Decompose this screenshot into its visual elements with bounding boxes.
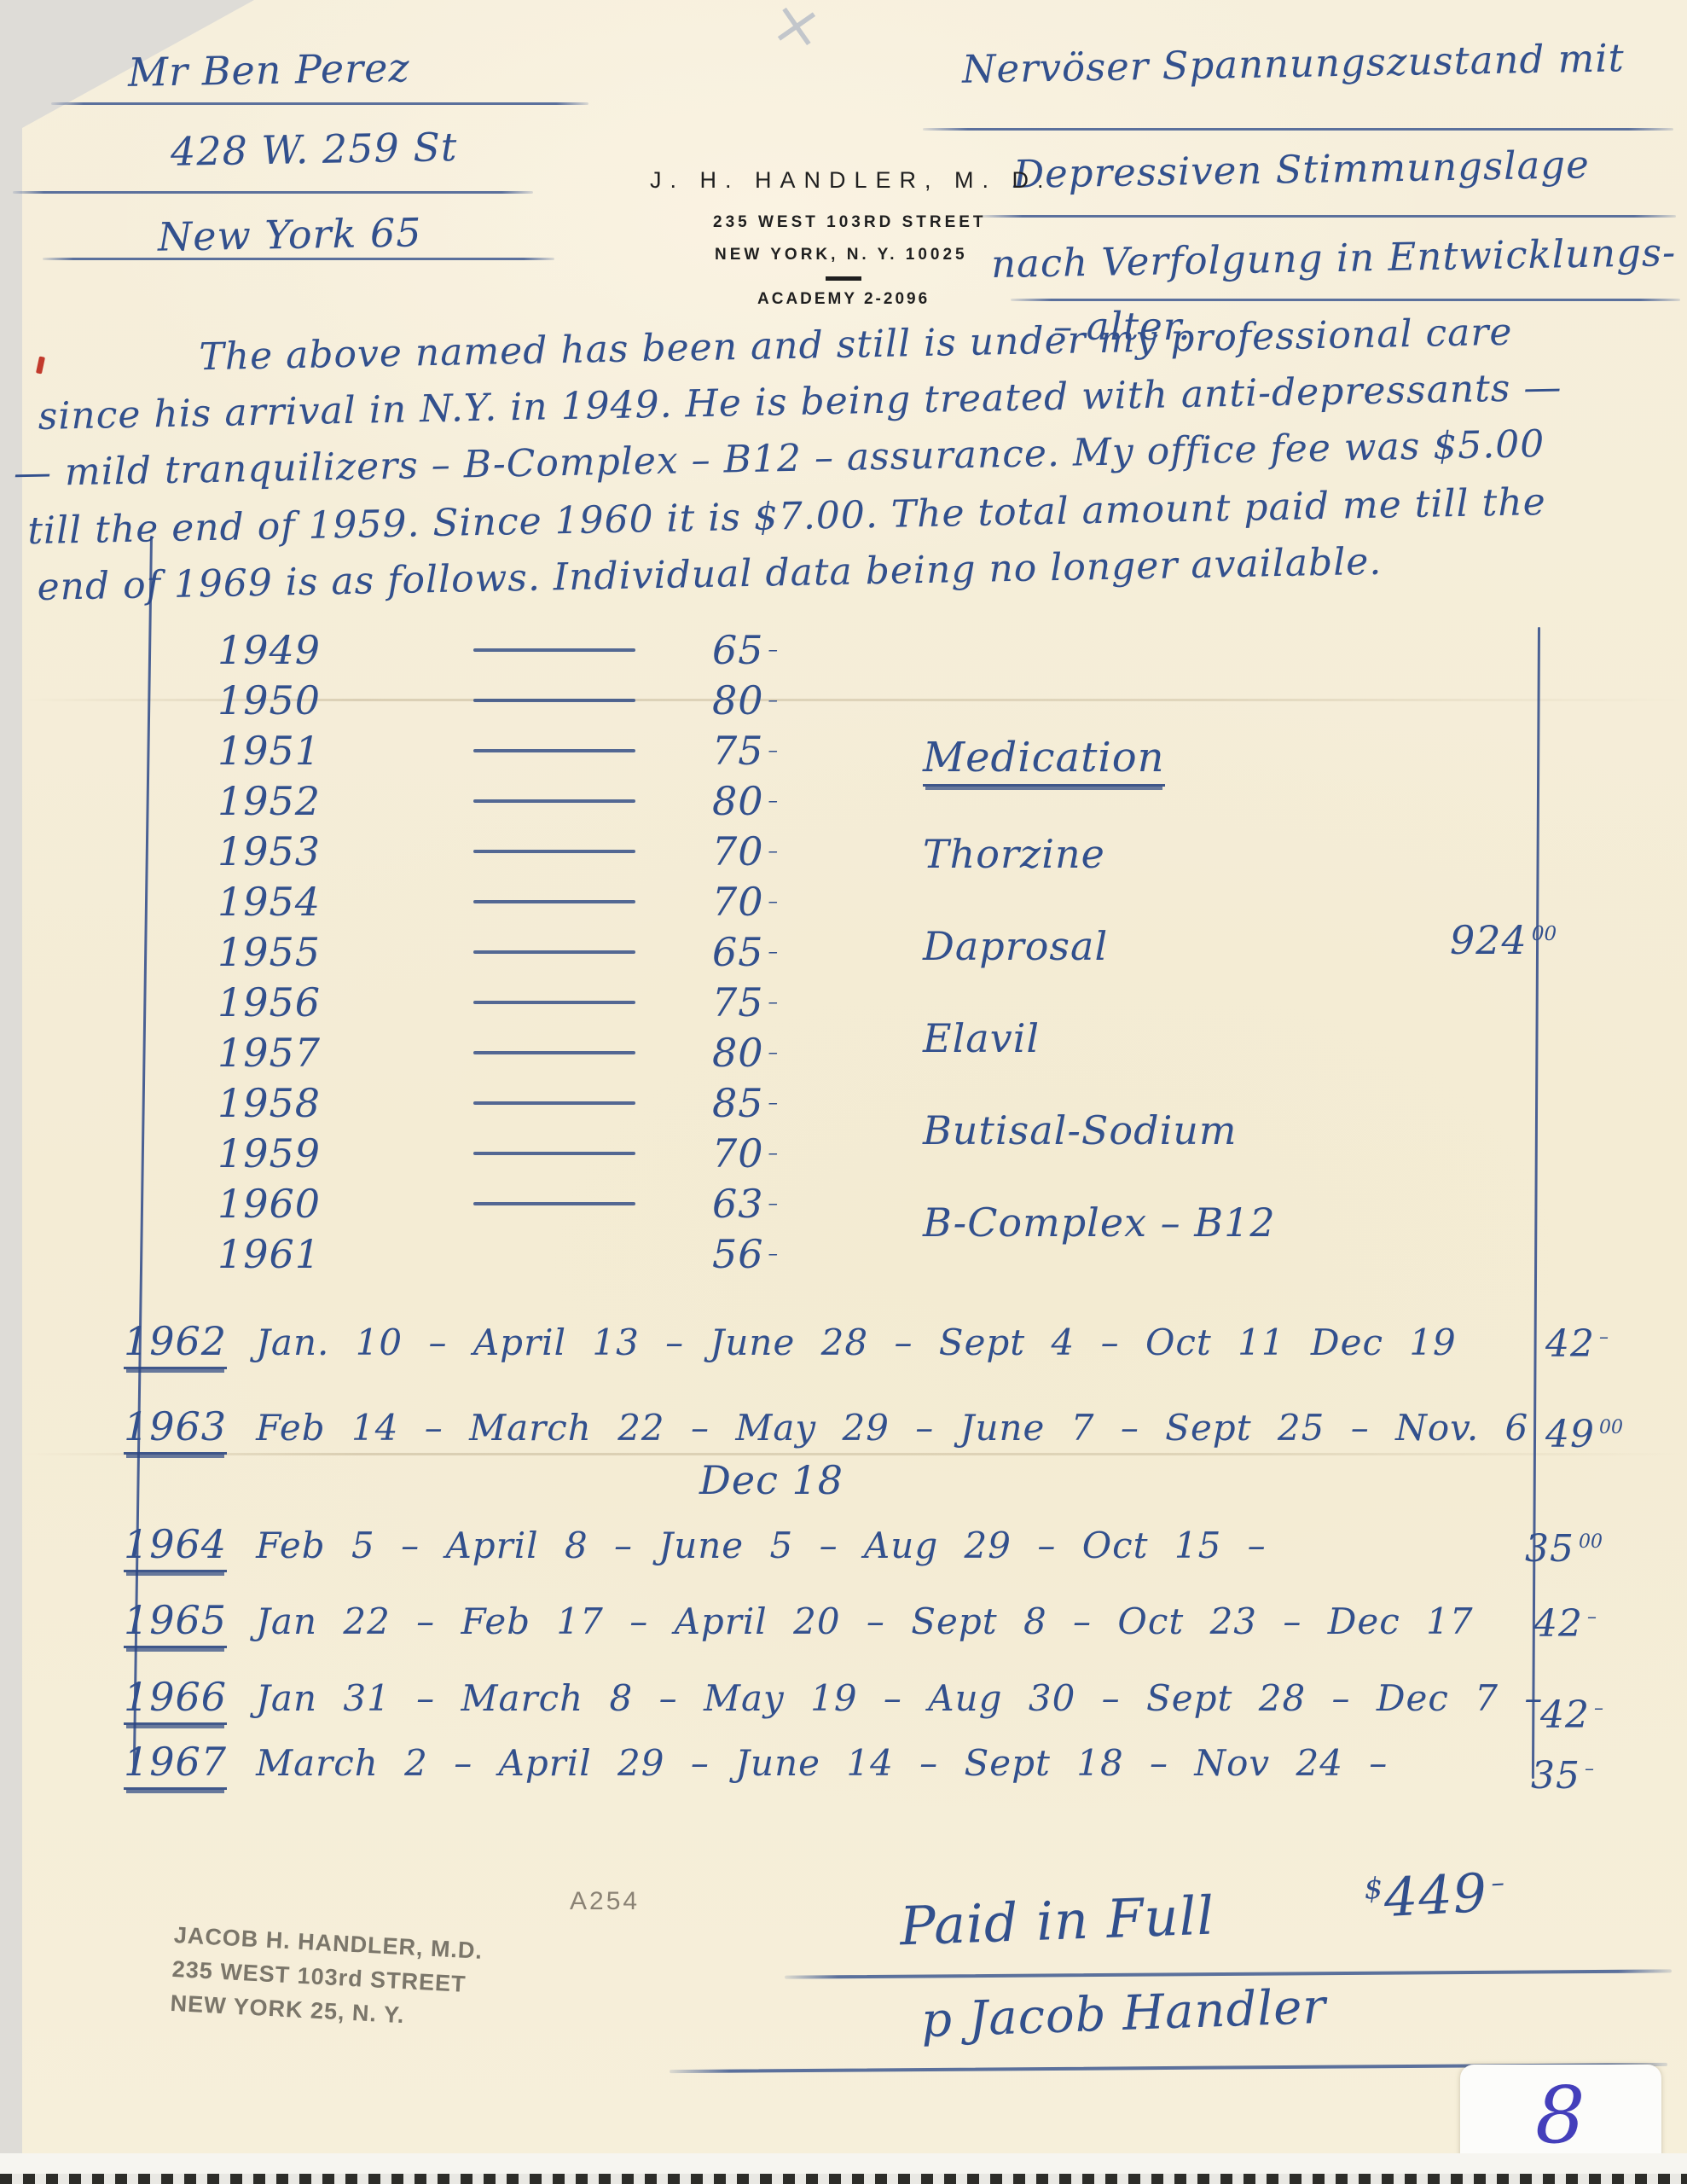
handwritten-underline bbox=[981, 215, 1676, 218]
medication-total: 92400 bbox=[1450, 917, 1557, 963]
visit-extra-date: Dec 18 bbox=[699, 1457, 843, 1503]
dash bbox=[473, 799, 635, 803]
visit-amount: 42– bbox=[1545, 1322, 1609, 1366]
handwritten-underline bbox=[51, 102, 588, 105]
medication-item: B-Complex – B12 bbox=[923, 1199, 1276, 1292]
dash bbox=[473, 749, 635, 752]
letterhead-city: NEW YORK, N. Y. 10025 bbox=[715, 246, 968, 264]
fee-row: 195885– bbox=[217, 1080, 778, 1126]
fold-crease bbox=[22, 1453, 1687, 1455]
fee-row: 194965– bbox=[217, 627, 778, 673]
recipient-name: Mr Ben Perez bbox=[128, 44, 410, 96]
fee-row: 196063– bbox=[217, 1181, 778, 1227]
stamp-code: A254 bbox=[570, 1887, 640, 1916]
medication-item: Butisal-Sodium bbox=[923, 1107, 1276, 1199]
dash bbox=[473, 699, 635, 702]
visit-amount: 4900 bbox=[1545, 1413, 1623, 1456]
fee-row: 195370– bbox=[217, 828, 778, 874]
visit-amount: 3500 bbox=[1525, 1527, 1603, 1571]
fee-row: 195080– bbox=[217, 677, 778, 723]
medication-title: Medication bbox=[923, 734, 1165, 787]
dash bbox=[473, 1152, 635, 1155]
fee-row: 195280– bbox=[217, 778, 778, 824]
visit-amount: 42– bbox=[1540, 1693, 1603, 1737]
fee-row: 195175– bbox=[217, 728, 778, 774]
medication-item: Elavil bbox=[923, 1015, 1276, 1107]
dash bbox=[473, 950, 635, 954]
paid-note: Paid in Full bbox=[899, 1885, 1216, 1958]
fee-row: 195565– bbox=[217, 929, 778, 975]
medication-list: Medication Thorzine Daprosal Elavil Buti… bbox=[923, 734, 1276, 1292]
address-stamp: JACOB H. HANDLER, M.D. 235 WEST 103rd ST… bbox=[170, 1918, 484, 2036]
fee-row: 196156– bbox=[217, 1231, 778, 1277]
letterhead-phone: ACADEMY 2-2096 bbox=[757, 290, 930, 309]
scanned-document-page: × Mr Ben Perez 428 W. 259 St New York 65… bbox=[0, 0, 1687, 2184]
visit-row: 1966Jan 31 – March 8 – May 19 – Aug 30 –… bbox=[124, 1674, 1543, 1720]
fee-row: 195780– bbox=[217, 1030, 778, 1076]
dash bbox=[473, 1051, 635, 1054]
visit-row: 1963Feb 14 – March 22 – May 29 – June 7 … bbox=[124, 1403, 1528, 1449]
dash bbox=[473, 850, 635, 853]
fee-row: 195675– bbox=[217, 979, 778, 1025]
letterhead-street: 235 WEST 103RD STREET bbox=[713, 213, 987, 232]
page-number: 8 bbox=[1535, 2070, 1586, 2161]
handwritten-underline bbox=[1011, 299, 1680, 301]
dash bbox=[473, 1101, 635, 1105]
scan-edge-dashes bbox=[0, 2174, 1687, 2184]
medication-item: Thorzine bbox=[923, 831, 1276, 923]
visit-row: 1967March 2 – April 29 – June 14 – Sept … bbox=[124, 1739, 1388, 1785]
handwritten-underline bbox=[13, 191, 533, 194]
dash bbox=[473, 648, 635, 652]
handwritten-underline bbox=[923, 128, 1673, 131]
scan-bottom-edge bbox=[0, 2153, 1687, 2175]
recipient-street: 428 W. 259 St bbox=[171, 124, 458, 175]
recipient-city: New York 65 bbox=[158, 209, 422, 259]
visit-amount: 35– bbox=[1531, 1754, 1594, 1798]
handwritten-underline bbox=[43, 258, 554, 260]
dash bbox=[473, 900, 635, 903]
visit-row: 1962Jan. 10 – April 13 – June 28 – Sept … bbox=[124, 1318, 1457, 1364]
letterhead-name: J. H. HANDLER, M. D. bbox=[650, 167, 1052, 194]
fee-row: 195970– bbox=[217, 1130, 778, 1176]
visit-row: 1965Jan 22 – Feb 17 – April 20 – Sept 8 … bbox=[124, 1597, 1474, 1643]
visit-amount: 42– bbox=[1533, 1602, 1597, 1646]
letterhead-divider bbox=[826, 276, 861, 281]
dash bbox=[473, 1202, 635, 1205]
visit-row: 1964Feb 5 – April 8 – June 5 – Aug 29 – … bbox=[124, 1521, 1267, 1567]
fee-row: 195470– bbox=[217, 879, 778, 925]
paid-amount: $449– bbox=[1363, 1861, 1506, 1931]
medication-item: Daprosal bbox=[923, 923, 1276, 1015]
dash bbox=[473, 1001, 635, 1004]
